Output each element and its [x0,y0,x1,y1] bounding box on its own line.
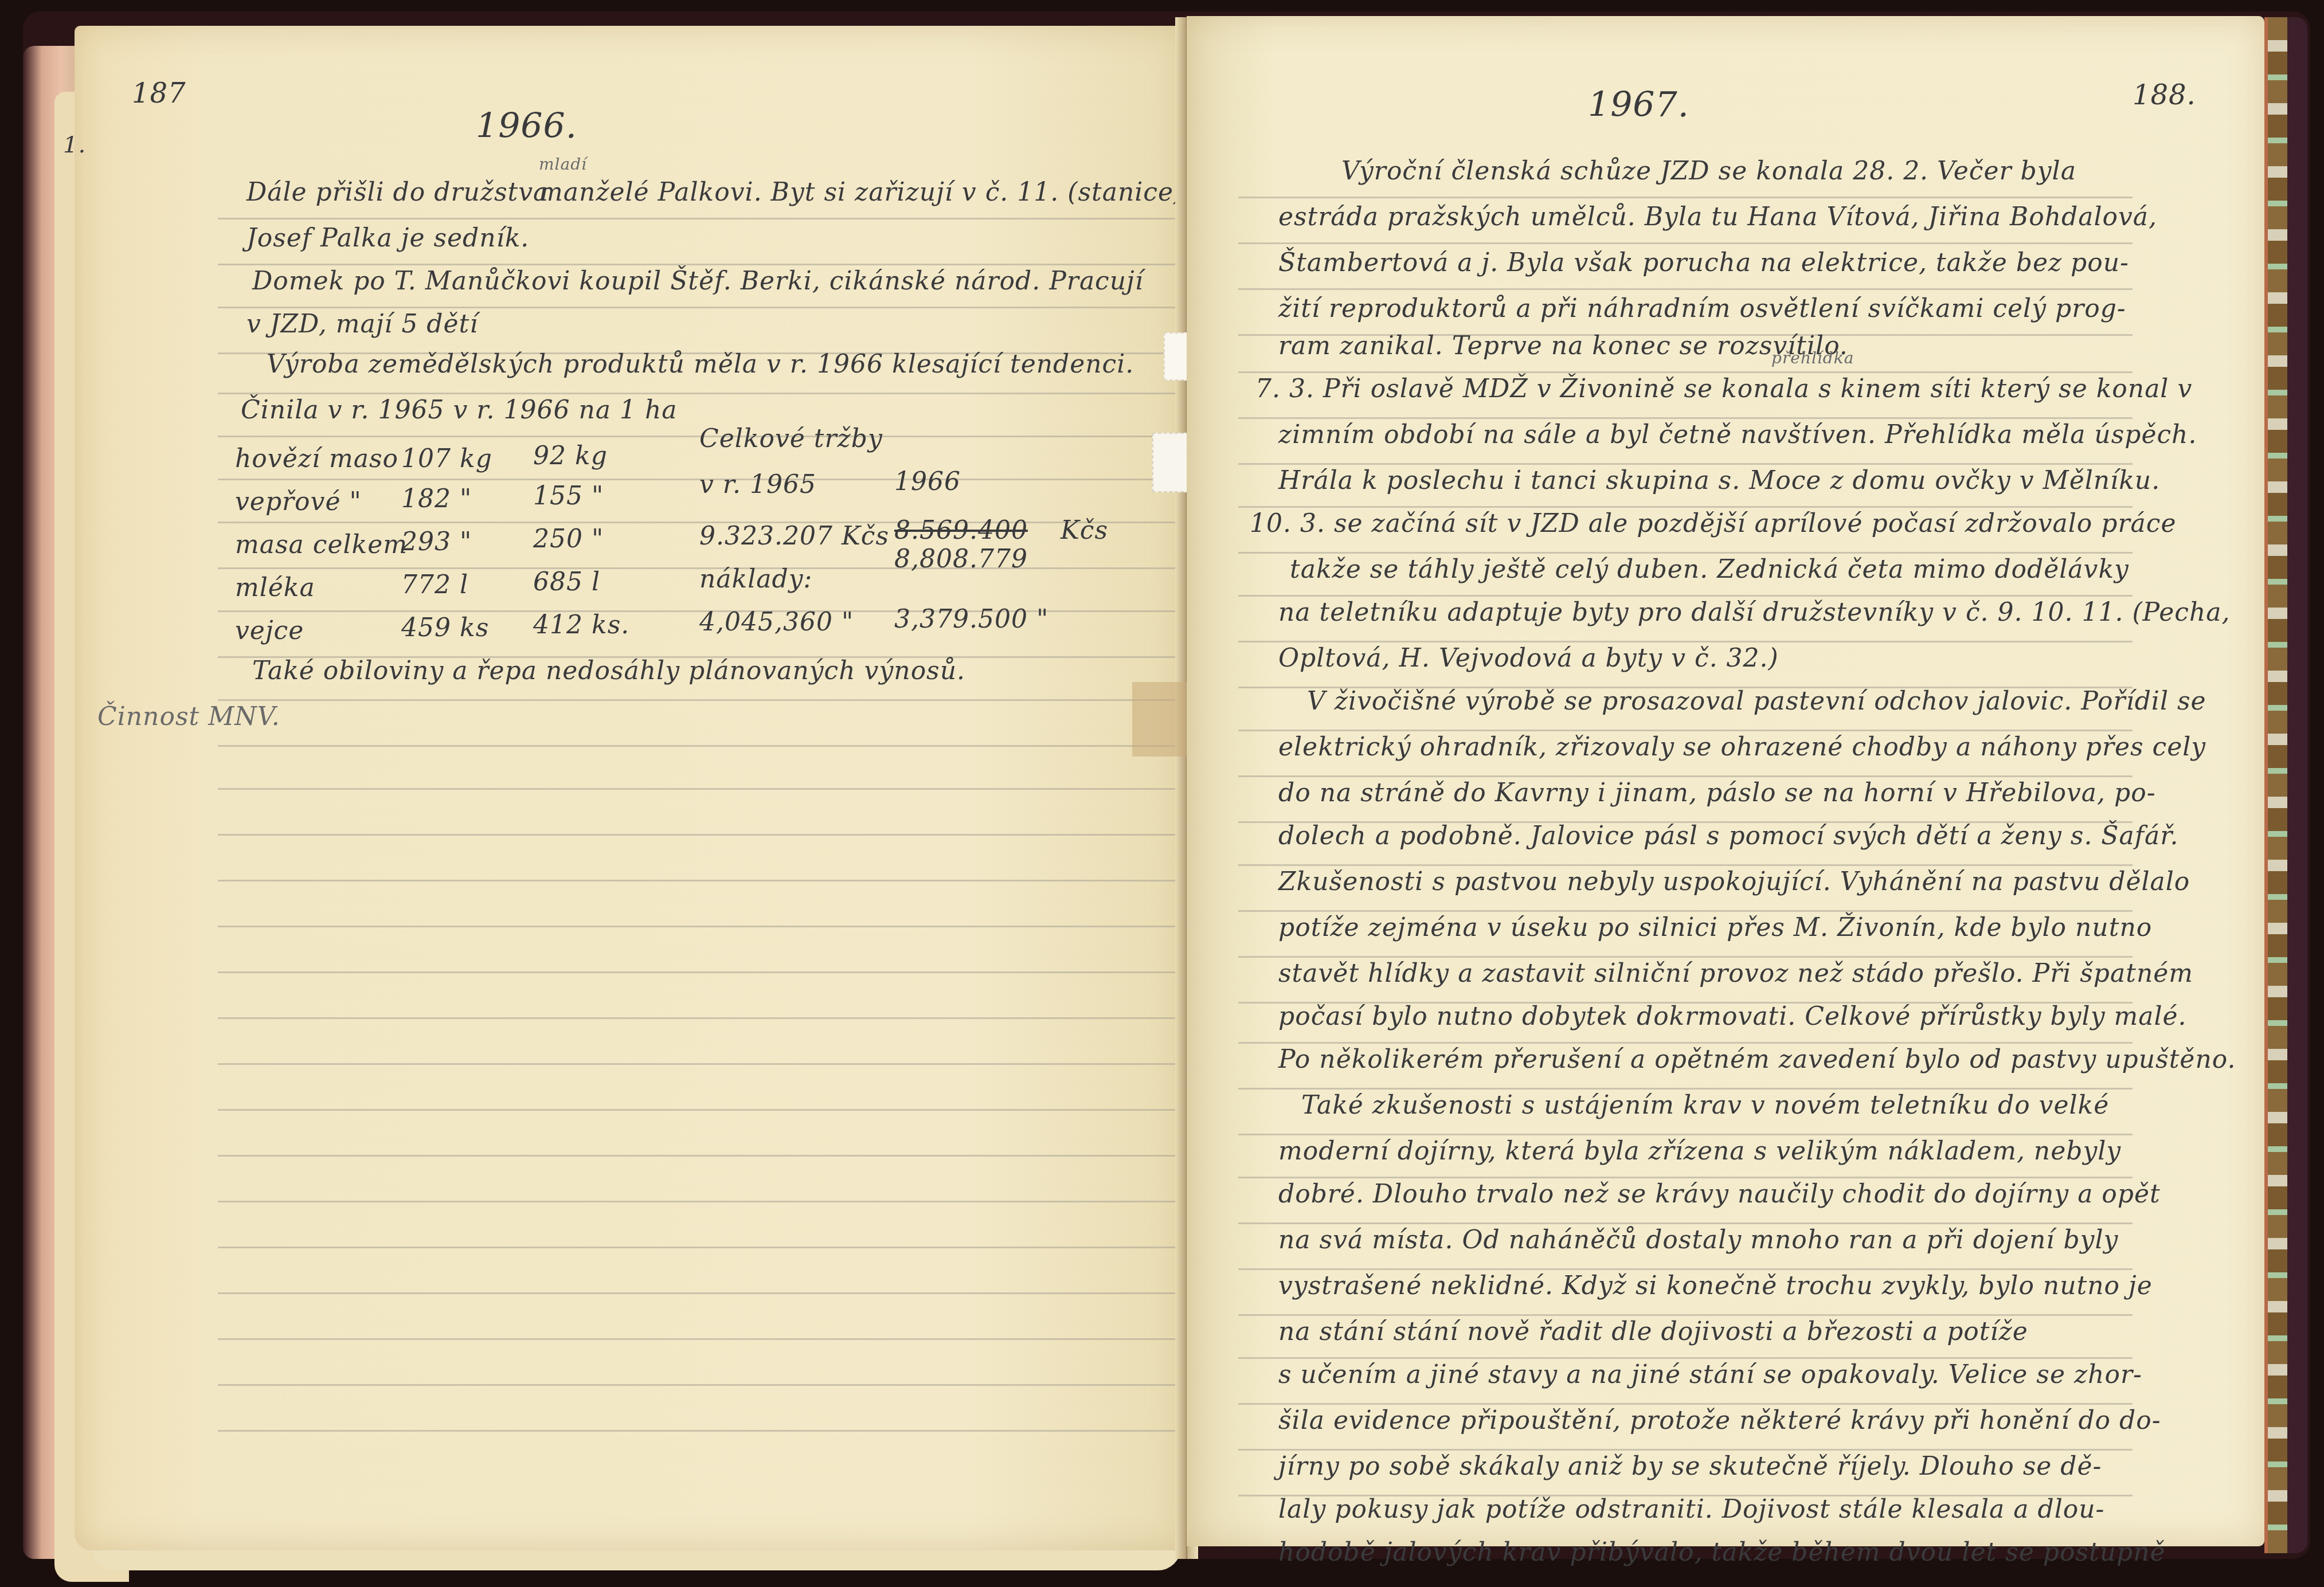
table-cell: 92 kg [533,441,608,471]
text-line: V živočišné výrobě se prosazoval pastevn… [1307,687,2206,716]
table-cell: 293 " [401,527,472,557]
table-cell: 459 ks [401,613,489,642]
ruled-line [1238,1449,2133,1451]
table-cell: hovězí maso [235,444,398,473]
page-number: 187 [132,77,186,109]
text-line: na svá místa. Od naháněčů dostaly mnoho … [1278,1225,2118,1255]
text-line: Štambertová a j. Byla však porucha na el… [1278,248,2129,277]
ruled-line [1238,1177,2133,1178]
text-line: v JZD, mají 5 dětí [247,309,478,339]
ruled-line [1238,641,2133,642]
text-line: zimním období na sále a byl četně navští… [1278,420,2197,449]
text-line: hodobě jalových krav přibývalo, takže bě… [1278,1538,2166,1567]
left-page: 187 1. 1966. Dále přišli do družstva mla… [75,26,1187,1550]
text-line: Také zkušenosti s ustájením krav v novém… [1301,1091,2109,1120]
text-line: potíže zejména v úseku po silnici přes M… [1278,913,2152,942]
ruled-line [1238,730,2133,731]
text-line: na stání stání nově řadit dle dojivosti … [1278,1317,2028,1346]
ruled-line [218,788,1192,790]
text-line: dobré. Dlouho trvalo než se krávy naučil… [1278,1180,2161,1209]
ruled-line [1238,1222,2133,1224]
ruled-line [1238,371,2133,373]
text-line: Josef Palka je sedník. [247,224,529,253]
ruled-line [218,1338,1192,1340]
ruled-line [1238,1042,2133,1044]
text-line: žití reproduktorů a při náhradním osvětl… [1278,294,2126,323]
ruled-line [1238,417,2133,419]
insertion-note: přehlídka [1771,348,1854,367]
text-line: elektrický ohradník, zřizovaly se ohraze… [1278,732,2206,762]
ruled-line [218,1430,1192,1432]
margin-number: 1. [63,132,86,158]
ruled-line [218,393,1192,394]
text-line: Opltová, H. Vejvodová a byty v č. 32.) [1278,644,1779,673]
ruled-line [218,1109,1192,1111]
text-line: Dále přišli do družstva [247,178,549,207]
ruled-line [218,1063,1192,1065]
ruled-line [218,1155,1192,1157]
ruled-line [1238,1314,2133,1316]
ruled-line [1238,463,2133,465]
text-line: laly pokusy jak potíže odstraniti. Dojiv… [1278,1495,2104,1524]
ruled-line [1238,552,2133,554]
ruled-line [1238,864,2133,866]
table-cell: 250 " [533,524,604,554]
ruled-line [218,971,1192,973]
year-heading: 1967. [1588,85,1689,125]
table-cell-struck: 8.569.400 [894,516,1028,545]
text-line: ram zanikal. Teprve na konec se rozsvíti… [1278,331,1848,360]
table-cell: 685 l [533,567,600,597]
text-line: do na stráně do Kavrny i jinam, páslo se… [1278,778,2156,808]
text-line: Zkušenosti s pastvou nebyly uspokojující… [1278,867,2190,896]
table-cell-unit: Kčs [1061,516,1108,545]
table-cell: vejce [235,616,304,645]
text-line: Výroční členská schůze JZD se konala 28.… [1341,156,2076,186]
ruled-line [1238,956,2133,958]
ruled-line [218,1247,1192,1248]
text-line: Po několikerém přerušení a opětném zaved… [1278,1045,2236,1074]
table-cell: 107 kg [401,444,492,473]
text-line: s učením a jiné stavy a na jiné stání se… [1278,1360,2142,1389]
ruled-line [218,880,1192,881]
text-line: Výroba zemědělských produktů měla v r. 1… [267,350,1134,379]
ruled-line [1238,595,2133,597]
text-line: vystrašené neklidné. Když si konečně tro… [1278,1271,2153,1300]
text-line: Činila v r. 1965 v r. 1966 na 1 ha [241,395,678,425]
ruled-line [1238,288,2133,290]
table-cell: mléka [235,573,315,602]
text-line: Také obiloviny a řepa nedosáhly plánovan… [252,656,965,685]
table-cell: 8,808.779 [894,544,1028,574]
table-subheader: v r. 1965 [699,470,816,499]
text-line: Hrála k poslechu i tanci skupina s. Moce… [1278,466,2160,495]
ruled-line [218,1201,1192,1202]
ruled-line [218,1384,1192,1386]
text-line: stavět hlídky a zastavit silniční provoz… [1278,959,2193,988]
text-line: dolech a podobně. Jalovice pásl s pomocí… [1278,821,2178,851]
ruled-line [1238,506,2133,508]
text-line: Domek po T. Manůčkovi koupil Štěf. Berki… [252,267,1144,296]
page-number: 188. [2133,79,2196,111]
ruled-line [218,1292,1192,1294]
ruled-line [1238,1403,2133,1405]
ruled-line [1238,910,2133,912]
table-cell: 772 l [401,570,468,599]
ruled-line [1238,1268,2133,1270]
table-cell: náklady: [699,565,812,594]
table-header: Celkové tržby [699,424,883,453]
table-cell: vepřové " [235,487,362,516]
year-heading: 1966. [476,106,577,146]
table-cell: 9.323.207 Kčs [699,522,889,551]
right-page: 1967. 188. Výroční členská schůze JZD se… [1187,16,2264,1546]
text-line: takže se táhly ještě celý duben. Zednick… [1290,555,2129,584]
ruled-line [1238,775,2133,777]
text-line: 7. 3. Při oslavě MDŽ v Živonině se konal… [1255,374,2192,403]
ruled-line [218,745,1192,747]
ruled-line [1238,242,2133,244]
text-line: manželé Palkovi. Byt si zařizují v č. 11… [539,178,1184,207]
text-line: šila evidence připouštění, protože někte… [1278,1406,2161,1435]
ruled-line [1238,1134,2133,1135]
table-cell: 155 " [533,481,604,511]
ruled-line [218,834,1192,836]
ruled-line [218,926,1192,927]
table-cell: 4,045,360 " [699,608,854,637]
ruled-line [218,1017,1192,1019]
text-line: jírny po sobě skákaly aniž by se skutečn… [1278,1452,2102,1481]
text-line: 10. 3. se začíná sít v JZD ale pozdější … [1250,509,2176,538]
ruled-line [218,264,1192,265]
ruled-line [1238,197,2133,198]
text-line: na teletníku adaptuje byty pro další dru… [1278,598,2230,627]
ruled-line [1238,1357,2133,1359]
table-subheader: 1966 [894,467,961,496]
ruled-line [218,307,1192,308]
table-cell: 182 " [401,484,472,514]
table-cell: masa celkem [235,530,408,559]
book-spine-right [2287,17,2307,1553]
margin-note: Činnost MNV. [97,702,280,731]
text-line: počasí bylo nutno dobytek dokrmovati. Ce… [1278,1002,2187,1031]
text-line: estráda pražských umělců. Byla tu Hana V… [1278,202,2157,232]
table-cell: 412 ks. [533,610,629,640]
table-cell: 3,379.500 " [894,605,1048,634]
ruled-line [218,699,1192,701]
text-line: moderní dojírny, která byla zřízena s ve… [1278,1137,2121,1166]
ruled-line [1238,1088,2133,1090]
insertion-note: mladí [539,155,587,174]
ruled-line [218,218,1192,220]
